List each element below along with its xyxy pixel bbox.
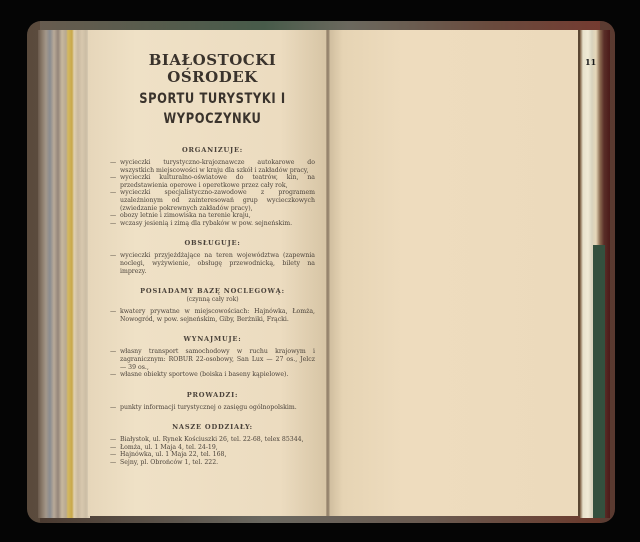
list-item: wycieczki turystyczno-krajoznawcze autok… [110, 159, 315, 174]
page-subtitle: SPORTU TURYSTYKI I WYPOCZYNKU [110, 88, 315, 128]
section-obsluguje: OBSŁUGUJE: wycieczki przyjeżdżające na t… [110, 239, 315, 275]
section-heading: PROWADZI: [110, 391, 315, 400]
list-item: wczasy jesienią i zimą dla rybaków w pow… [110, 220, 315, 228]
section-baza-noclegowa: POSIADAMY BAZĘ NOCLEGOWĄ: (czynną cały r… [110, 287, 315, 323]
left-page-stack [38, 30, 90, 518]
list-item: własny transport samochodowy w ruchu kra… [110, 348, 315, 371]
left-page-content: BIAŁOSTOCKI OŚRODEK SPORTU TURYSTYKI I W… [110, 52, 315, 467]
section-list: punkty informacji turystycznej o zasięgu… [110, 404, 315, 412]
list-item: wycieczki specjalistyczno-zawodowe z pro… [110, 189, 315, 212]
section-prowadzi: PROWADZI: punkty informacji turystycznej… [110, 391, 315, 412]
green-bookmark-edge [593, 245, 605, 518]
section-heading: WYNAJMUJE: [110, 335, 315, 344]
section-heading: ORGANIZUJE: [110, 146, 315, 155]
section-heading: POSIADAMY BAZĘ NOCLEGOWĄ: [110, 287, 315, 296]
section-heading: NASZE ODDZIAŁY: [110, 423, 315, 432]
list-item: obozy letnie i zimowiska na terenie kraj… [110, 212, 315, 220]
list-item: punkty informacji turystycznej o zasięgu… [110, 404, 315, 412]
section-list: własny transport samochodowy w ruchu kra… [110, 348, 315, 378]
list-item: Sejny, pl. Obrońców 1, tel. 222. [110, 459, 315, 467]
section-list: Białystok, ul. Rynek Kościuszki 26, tel.… [110, 436, 315, 466]
section-list: wycieczki przyjeżdżające na teren wojewó… [110, 252, 315, 275]
page-title: BIAŁOSTOCKI OŚRODEK [110, 52, 315, 86]
page-marker: 11 [585, 57, 596, 67]
right-page-edge [578, 30, 580, 516]
section-organizuje: ORGANIZUJE: wycieczki turystyczno-krajoz… [110, 146, 315, 227]
list-item: kwatery prywatne w miejscowościach: Hajn… [110, 308, 315, 323]
list-item: Hajnówka, ul. 1 Maja 22, tel. 168, [110, 451, 315, 459]
list-item: wycieczki przyjeżdżające na teren wojewó… [110, 252, 315, 275]
section-wynajmuje: WYNAJMUJE: własny transport samochodowy … [110, 335, 315, 378]
list-item: własne obiekty sportowe (boiska i baseny… [110, 371, 315, 379]
list-item: Białystok, ul. Rynek Kościuszki 26, tel.… [110, 436, 315, 444]
section-list: wycieczki turystyczno-krajoznawcze autok… [110, 159, 315, 227]
section-heading: OBSŁUGUJE: [110, 239, 315, 248]
list-item: wycieczki kulturalno-oświatowe do teatró… [110, 174, 315, 189]
list-item: Łomża, ul. 1 Maja 4, tel. 24-19, [110, 444, 315, 452]
right-page-blank [328, 30, 580, 516]
section-list: kwatery prywatne w miejscowościach: Hajn… [110, 308, 315, 323]
book-gutter [326, 30, 330, 516]
section-oddzialy: NASZE ODDZIAŁY: Białystok, ul. Rynek Koś… [110, 423, 315, 466]
section-subheading: (czynną cały rok) [110, 296, 315, 304]
